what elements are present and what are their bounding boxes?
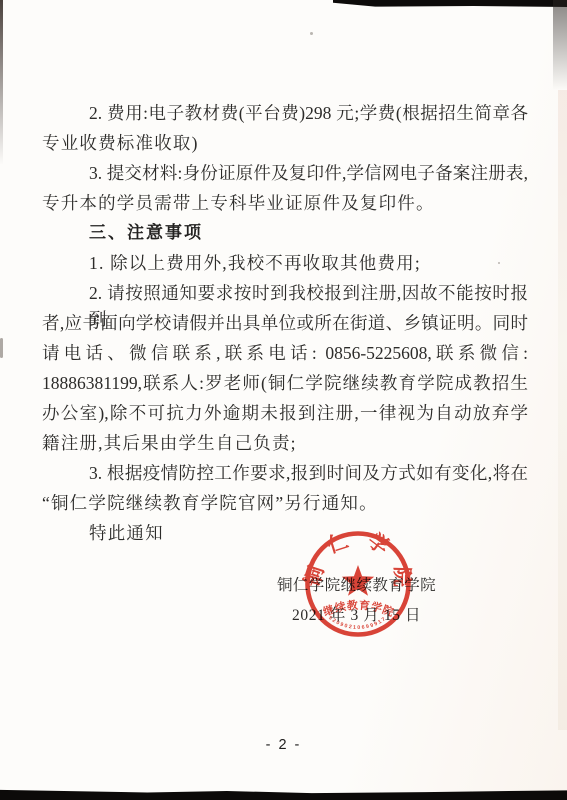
- text-line: 18886381199,联系人:罗老师(铜仁学院继续教育学院成教招生: [42, 370, 528, 400]
- official-seal: 铜仁学院 继续教育学院 52090210699917: [302, 530, 414, 640]
- seal-department-text: 继续教育学院: [321, 598, 396, 620]
- scanned-notice-page: 2. 费用:电子教材费(平台费)298 元;学费(根据招生简章各 专业收费标准收…: [0, 0, 567, 800]
- scan-tint-right: [558, 90, 567, 730]
- text-line: 请电话、微信联系,联系电话: 0856-5225608,联系微信:: [42, 340, 528, 370]
- text-line: 办公室),除不可抗力外逾期未报到注册,一律视为自动放弃学: [42, 400, 528, 430]
- text-line: 3. 提交材料:身份证原件及复印件,学信网电子备案注册表,: [42, 160, 528, 190]
- text-line: 籍注册,其后果由学生自己负责;: [42, 430, 528, 460]
- text-line: 者,应书面向学校请假并出具单位或所在街道、乡镇证明。同时: [42, 310, 528, 340]
- svg-text:继续教育学院: 继续教育学院: [321, 598, 396, 620]
- text-line: 2. 费用:电子教材费(平台费)298 元;学费(根据招生简章各: [42, 100, 528, 130]
- text-line: “铜仁学院继续教育学院官网”另行通知。: [42, 490, 528, 520]
- closing-phrase: 特此通知: [42, 520, 528, 550]
- text-line: 3. 根据疫情防控工作要求,报到时间及方式如有变化,将在: [42, 460, 528, 490]
- text-line: 2. 请按照通知要求按时到我校报到注册,因故不能按时报到: [42, 280, 528, 310]
- scan-edge-left: [0, 0, 3, 165]
- scan-edge-top: [333, 0, 567, 7]
- scan-speck: [310, 32, 313, 35]
- notice-body: 2. 费用:电子教材费(平台费)298 元;学费(根据招生简章各 专业收费标准收…: [42, 100, 528, 550]
- text-line: 专业收费标准收取): [42, 130, 528, 160]
- page-number: - 2 -: [0, 737, 567, 753]
- text-line: 1. 除以上费用外,我校不再收取其他费用;: [42, 250, 528, 280]
- text-line: 专升本的学员需带上专科毕业证原件及复印件。: [42, 190, 528, 220]
- scan-edge-corner: [553, 0, 567, 90]
- section-heading: 三、注意事项: [42, 220, 528, 250]
- seal-graphic: 铜仁学院 继续教育学院 52090210699917: [302, 530, 414, 640]
- scan-edge-bottom: [0, 789, 567, 800]
- red-star-icon: [342, 565, 374, 596]
- scan-mark-left: [0, 338, 3, 358]
